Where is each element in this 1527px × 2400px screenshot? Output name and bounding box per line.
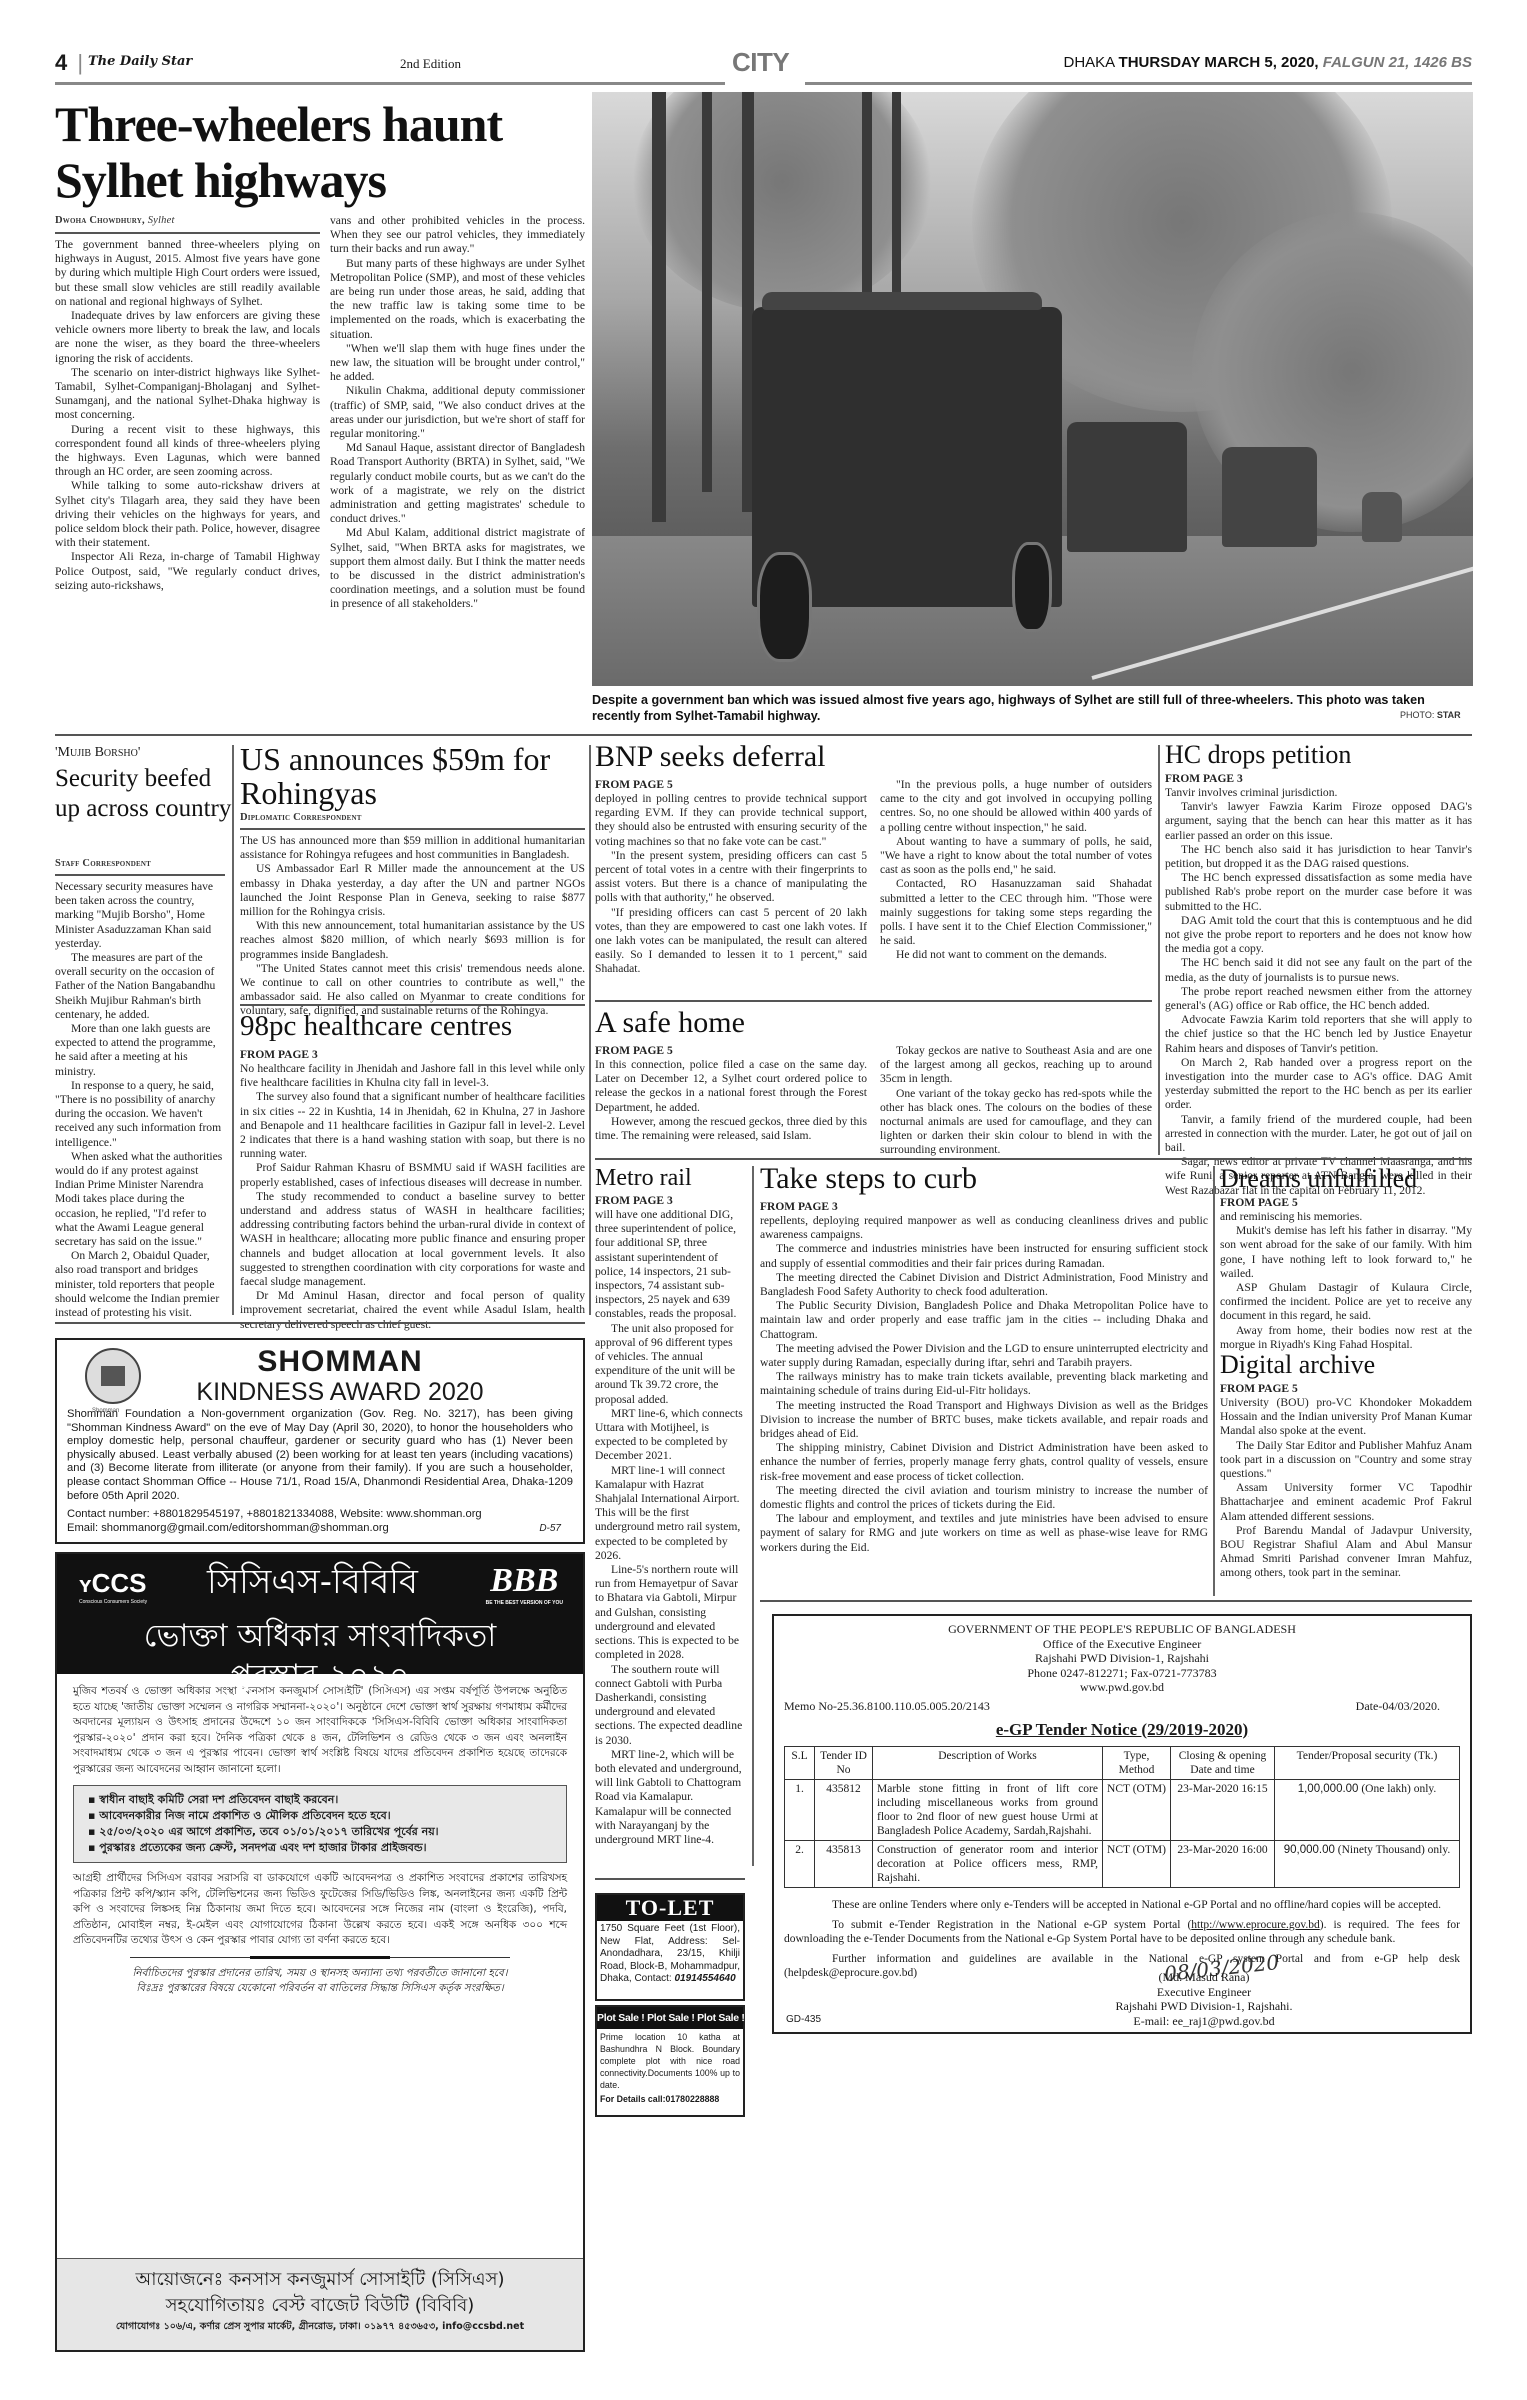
bnp-column-2: "In the previous polls, a huge number of… xyxy=(880,778,1152,963)
masthead-rule-left xyxy=(55,82,725,85)
ccs-logo: ʏCCS Conscious Consumers Society xyxy=(79,1568,147,1605)
rohingya-body: The US has announced more than $59 milli… xyxy=(240,834,585,1019)
healthcare-headline: 98pc healthcare centres xyxy=(240,1012,512,1041)
section-divider-left xyxy=(55,1322,585,1324)
mujib-body: Necessary security measures have been ta… xyxy=(55,880,225,1320)
bbb-logo: BBB BE THE BEST VERSION OF YOU xyxy=(486,1562,563,1606)
tender-phone: Phone 0247-812271; Fax-0721-773783 xyxy=(784,1666,1460,1681)
shomman-ad: Shomman SHOMMAN KINDNESS AWARD 2020 Shom… xyxy=(55,1338,585,1544)
ccs-bullet-box: ▪ স্বাধীন বাছাই কমিটি সেরা দশ প্রতিবেদন … xyxy=(73,1785,567,1863)
bnp-headline: BNP seeks deferral xyxy=(595,742,825,772)
section-divider-1 xyxy=(55,734,1472,736)
rohingya-byline: Diplomatic Correspondent xyxy=(240,812,362,823)
curb-body: repellents, deploying required manpower … xyxy=(760,1214,1208,1555)
column-rule xyxy=(1158,745,1160,1155)
lead-photo-three-wheelers xyxy=(592,92,1473,686)
ccs-subtitle: ভোক্তা অধিকার সাংবাদিকতা পুরস্কার-২০২০ xyxy=(57,1616,583,1696)
rohingya-rule xyxy=(240,828,585,830)
tender-gov: GOVERNMENT OF THE PEOPLE'S REPUBLIC OF B… xyxy=(784,1622,1460,1637)
photo-caption: Despite a government ban which was issue… xyxy=(592,692,1452,724)
archive-body: University (BOU) pro-VC Khondoker Mokadd… xyxy=(1220,1396,1472,1581)
paper-logo: The Daily Star xyxy=(88,54,192,69)
dreams-body: and reminiscing his memories. Mukit's de… xyxy=(1220,1210,1472,1352)
eprocure-link[interactable]: http://www.eprocure.gov.bd xyxy=(1191,1919,1320,1931)
dreams-from: FROM PAGE 5 xyxy=(1220,1196,1298,1210)
curb-from: FROM PAGE 3 xyxy=(760,1200,838,1214)
tender-memo-row: Memo No-25.36.8100.110.05.005.20/2143 Da… xyxy=(784,1698,1460,1714)
tender-notice: GOVERNMENT OF THE PEOPLE'S REPUBLIC OF B… xyxy=(772,1614,1472,2034)
mujib-headline: Security beefed up across country xyxy=(55,764,235,824)
archive-headline: Digital archive xyxy=(1220,1352,1375,1378)
rohingya-bottom-rule xyxy=(240,1004,585,1006)
safehome-headline: A safe home xyxy=(595,1008,745,1038)
tender-website[interactable]: www.pwd.gov.bd xyxy=(784,1680,1460,1695)
hc-body: Tanvir involves criminal jurisdiction. T… xyxy=(1165,786,1472,1198)
tender-note-2: To submit e-Tender Registration in the N… xyxy=(784,1918,1460,1946)
tolet-ad: TO-LET 1750 Square Feet (1st Floor), New… xyxy=(595,1893,745,2001)
tolet-title: TO-LET xyxy=(597,1895,743,1921)
lead-headline: Three-wheelers haunt Sylhet highways xyxy=(55,96,502,208)
shomman-email: Email: shommanorg@gmail.com/editorshomma… xyxy=(67,1522,573,1536)
healthcare-from: FROM PAGE 3 xyxy=(240,1048,318,1062)
section-divider-2 xyxy=(595,1158,1472,1160)
rohingya-headline: US announces $59m for Rohingyas xyxy=(240,742,585,810)
lead-column-1: The government banned three-wheelers ply… xyxy=(55,238,320,593)
lead-byline: Dwoha Chowdhury, Sylhet xyxy=(55,215,175,226)
ccs-title: সিসিএস-বিবিবি xyxy=(207,1562,418,1602)
plot-sale-contact: For Details call:01780228888 xyxy=(597,2093,743,2105)
bnp-from: FROM PAGE 5 xyxy=(595,778,673,792)
page-number: 4 | xyxy=(55,50,83,76)
masthead-rule-right xyxy=(805,82,1472,85)
safehome-column-1: In this connection, police filed a case … xyxy=(595,1058,867,1143)
tolet-body: 1750 Square Feet (1st Floor), New Flat, … xyxy=(597,1921,743,1988)
column-rule xyxy=(232,745,234,1315)
curb-headline: Take steps to curb xyxy=(760,1164,977,1194)
ccs-ad-banner: ʏCCS Conscious Consumers Society সিসিএস-… xyxy=(57,1554,583,1674)
shomman-title: SHOMMAN xyxy=(107,1346,573,1378)
column-rule xyxy=(589,745,591,1315)
tender-signer-block: (Md. Masud Rana) Executive Engineer Rajs… xyxy=(1074,1970,1334,2028)
edition-label: 2nd Edition xyxy=(400,56,461,72)
section-divider-3 xyxy=(760,1600,1472,1602)
healthcare-body: No healthcare facility in Jhenidah and J… xyxy=(240,1062,585,1332)
archive-from: FROM PAGE 5 xyxy=(1220,1382,1298,1396)
tender-office: Office of the Executive Engineer xyxy=(784,1637,1460,1652)
photo-credit: PHOTO: STAR xyxy=(1400,710,1461,720)
byline-rule xyxy=(55,232,320,234)
ccs-divider xyxy=(130,1957,510,1958)
lead-column-2: vans and other prohibited vehicles in th… xyxy=(330,214,585,612)
tender-code: GD-435 xyxy=(786,2014,821,2025)
ccs-apply: আগ্রহী প্রার্থীদের সিসিএস বরাবর সরাসরি ব… xyxy=(57,1871,583,1949)
tender-title: e-GP Tender Notice (29/2019-2020) xyxy=(784,1718,1460,1742)
bnp-bottom-rule xyxy=(595,1000,1152,1002)
mujib-byline: Staff Correspondent xyxy=(55,858,151,869)
mujib-kicker: 'Mujib Borsho' xyxy=(55,745,140,761)
metro-body: will have one additional DIG, three supe… xyxy=(595,1208,745,1847)
tender-note-1: These are online Tenders where only e-Te… xyxy=(784,1898,1460,1912)
safehome-from: FROM PAGE 5 xyxy=(595,1044,673,1058)
column-rule xyxy=(1213,1166,1215,1596)
dreams-headline: Dreams unfulfilled xyxy=(1220,1166,1417,1192)
safehome-column-2: Tokay geckos are native to Southeast Asi… xyxy=(880,1044,1152,1158)
section-name: CITY xyxy=(732,47,789,78)
tender-table: S.L Tender ID No Description of Works Ty… xyxy=(784,1746,1460,1888)
table-row: 2. 435813 Construction of generator room… xyxy=(785,1840,1460,1887)
plot-sale-ad: Plot Sale ! Plot Sale ! Plot Sale ! Prim… xyxy=(595,2005,745,2117)
metro-from: FROM PAGE 3 xyxy=(595,1194,673,1208)
plot-sale-title: Plot Sale ! Plot Sale ! Plot Sale ! xyxy=(597,2007,743,2029)
ccs-footer: আয়োজনেঃ কনসাস কনজুমার্স সোসাইটি (সিসিএস… xyxy=(57,2258,583,2350)
dateline: DHAKA THURSDAY MARCH 5, 2020, FALGUN 21,… xyxy=(1064,54,1473,71)
shomman-body: Shomman Foundation a Non-government orga… xyxy=(67,1408,573,1503)
hc-from: FROM PAGE 3 xyxy=(1165,772,1243,786)
metro-headline: Metro rail xyxy=(595,1166,692,1190)
shomman-logo-icon xyxy=(85,1348,141,1404)
hc-headline: HC drops petition xyxy=(1165,742,1351,768)
metro-bottom-rule xyxy=(595,1878,745,1880)
ccs-note-1: নির্বাচিতদের পুরস্কার প্রদানের তারিখ, সম… xyxy=(57,1966,583,1981)
ccs-bbb-ad: ʏCCS Conscious Consumers Society সিসিএস-… xyxy=(55,1552,585,2352)
mujib-rule xyxy=(55,874,225,876)
shomman-subtitle: KINDNESS AWARD 2020 xyxy=(107,1378,573,1406)
plot-sale-body: Prime location 10 katha at Bashundhra N … xyxy=(597,2029,743,2093)
shomman-contact: Contact number: +8801829545197, +8801821… xyxy=(67,1508,573,1522)
bnp-column-1: deployed in polling centres to provide t… xyxy=(595,792,867,977)
tender-division: Rajshahi PWD Division-1, Rajshahi xyxy=(784,1651,1460,1666)
table-row: 1. 435812 Marble stone fitting in front … xyxy=(785,1779,1460,1840)
ccs-note-2: বিঃদ্রঃ পুরস্কারের বিষয়ে যেকোনো পরিবর্ত… xyxy=(57,1981,583,1996)
column-rule xyxy=(752,1166,754,1866)
